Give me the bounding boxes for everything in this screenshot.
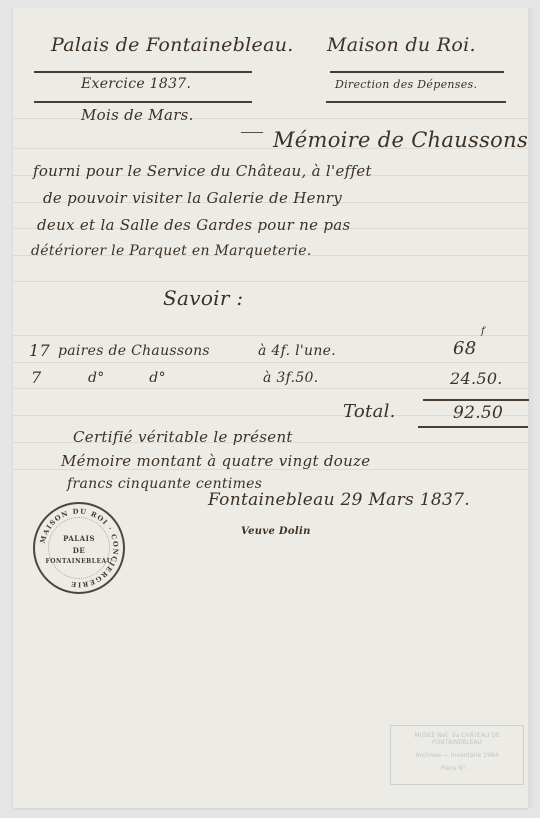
header-direction: Direction des Dépenses. (335, 78, 477, 91)
item-1-unit-price: à 4f. l'une. (258, 343, 336, 359)
signature: Veuve Dolin (241, 526, 311, 537)
item-2-qty: 7 (31, 368, 41, 387)
seal-line-fontainebleau: FONTAINEBLEAU (35, 558, 123, 565)
total-rule-bottom (418, 426, 528, 428)
header-divider (326, 101, 506, 103)
item-2-unit-price: à 3f.50. (263, 370, 319, 386)
body-line-4: détériorer le Parquet en Marqueterie. (31, 243, 312, 259)
header-divider (34, 71, 252, 73)
header-divider (34, 101, 252, 103)
total-rule-top (423, 399, 529, 401)
ruled-line (13, 362, 528, 363)
ruled-line (13, 415, 528, 416)
header-month: Mois de Mars. (81, 106, 194, 124)
ruled-line (13, 388, 528, 389)
museum-stamp-line-1: MUSÉE Nat. du CHÂTEAU DE FONTAINEBLEAU (391, 732, 523, 746)
body-line-1: fourni pour le Service du Château, à l'e… (33, 162, 372, 180)
body-line-2: de pouvoir visiter la Galerie de Henry (43, 189, 342, 207)
header-palace-title: Palais de Fontainebleau. (51, 34, 294, 56)
header-divider (330, 71, 504, 73)
total-value: 92.50 (453, 403, 503, 423)
item-1-description: paires de Chaussons (58, 343, 210, 359)
museum-stamp-line-3: Pièce N° ... (391, 765, 523, 772)
total-label: Total. (343, 401, 396, 422)
ruled-line (13, 281, 528, 282)
seal-line-palais: PALAIS (35, 534, 123, 543)
page-edge-shadow (528, 8, 534, 808)
item-2-description: d° d° (88, 370, 166, 386)
body-line-3: deux et la Salle des Gardes pour ne pas (37, 216, 350, 234)
museum-archive-stamp: MUSÉE Nat. du CHÂTEAU DE FONTAINEBLEAU A… (390, 725, 524, 785)
conciergerie-seal-stamp: MAISON DU ROI · CONCIERGERIE PALAIS DE F… (33, 502, 125, 594)
item-1-qty: 17 (29, 341, 50, 360)
certification-line-2: Mémoire montant à quatre vingt douze (61, 452, 370, 470)
heading-lead-line (241, 132, 263, 133)
place-date: Fontainebleau 29 Mars 1837. (208, 490, 470, 510)
item-1-amount: 68 (453, 338, 477, 359)
certification-line-1: Certifié véritable le présent (73, 428, 293, 446)
memoire-heading: Mémoire de Chaussons (273, 128, 528, 152)
header-maison-du-roi: Maison du Roi. (327, 34, 476, 56)
museum-stamp-line-2: Archives — Inventaire 1984 (391, 752, 523, 759)
document-page: Palais de Fontainebleau. Exercice 1837. … (13, 8, 528, 808)
seal-line-de: DE (35, 546, 123, 555)
header-exercise: Exercice 1837. (81, 76, 191, 92)
ruled-line (13, 335, 528, 336)
item-1-currency: f (481, 326, 485, 337)
savoir-heading: Savoir : (163, 286, 243, 310)
item-2-amount: 24.50. (450, 369, 503, 388)
